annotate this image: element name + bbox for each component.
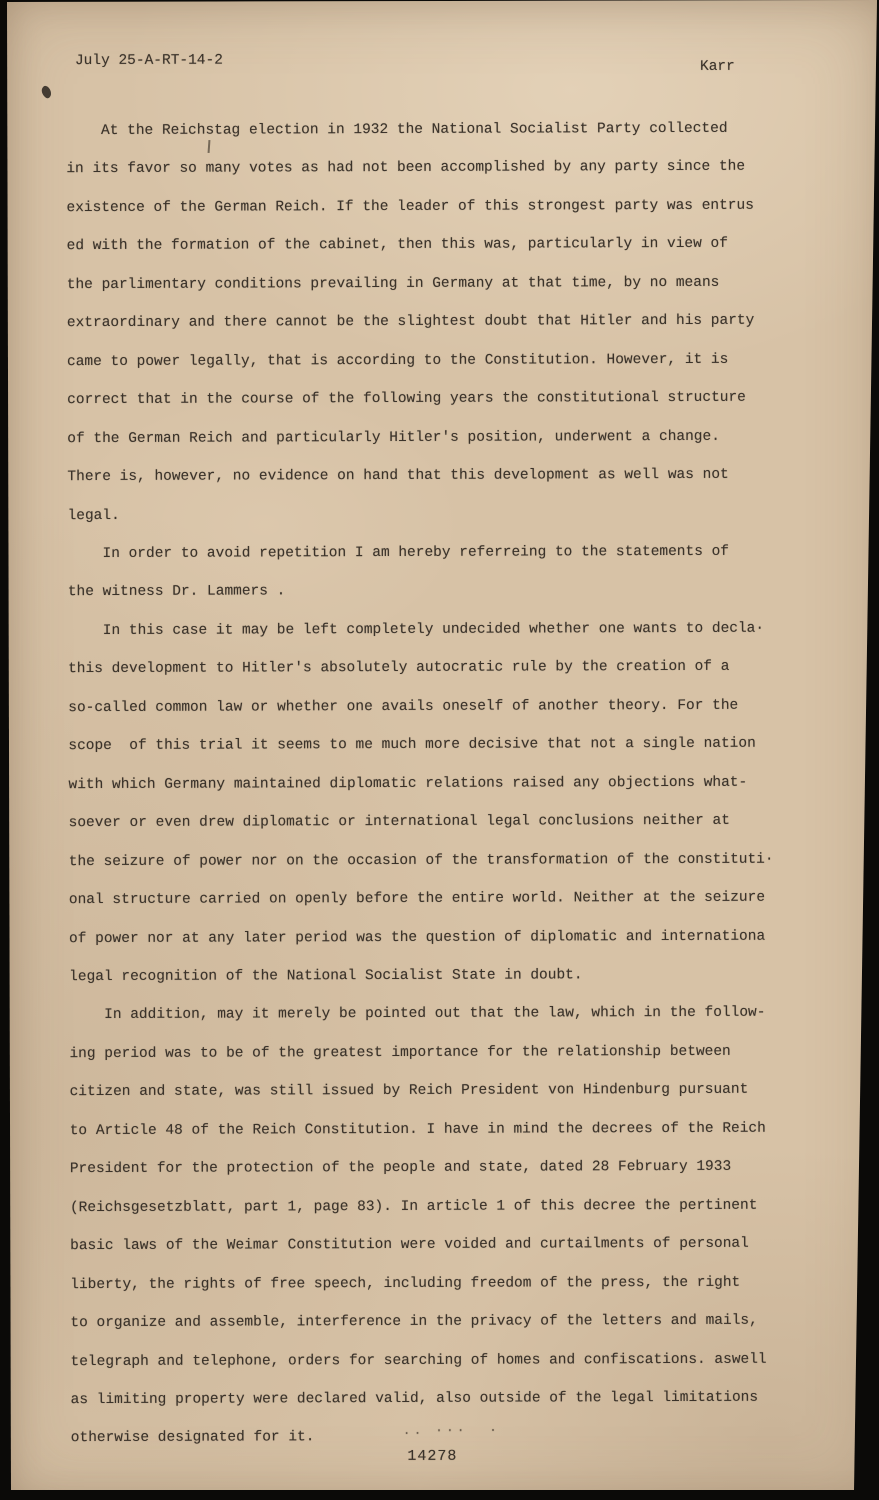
document-id: July 25-A-RT-14-2 [75,53,223,70]
typewritten-content: July 25-A-RT-14-2 Karr At the Reichstag … [0,0,879,1500]
page-number: 14278 [5,1446,860,1466]
document-line: the seizure of power nor on the occasion… [69,840,809,881]
document-line: scope of this trial it seems to me much … [68,725,808,766]
document-line: to organize and assemble, interference i… [70,1302,810,1343]
paragraph: In order to avoid repetition I am hereby… [68,533,808,612]
document-line: There is, however, no evidence on hand t… [67,456,807,497]
paragraph: At the Reichstag election in 1932 the Na… [66,110,807,536]
document-line: basic laws of the Weimar Constitution we… [70,1225,810,1266]
document-line: came to power legally, that is according… [67,340,807,381]
document-line: President for the protection of the peop… [70,1148,810,1189]
reporter-name: Karr [700,59,735,75]
document-line: legal. [67,494,807,535]
document-body: At the Reichstag election in 1932 the Na… [66,110,811,1458]
document-line: liberty, the rights of free speech, incl… [70,1263,810,1304]
document-line: existence of the German Reich. If the le… [66,186,806,227]
document-line: At the Reichstag election in 1932 the Na… [66,110,806,151]
document-line: soever or even drew diplomatic or intern… [69,802,809,843]
document-line: In this case it may be left completely u… [68,609,808,650]
document-line: legal recognition of the National Social… [69,955,809,996]
document-line: ing period was to be of the greatest imp… [69,1032,809,1073]
document-line: extraordinary and there cannot be the sl… [67,302,807,343]
document-line: In addition, may it merely be pointed ou… [69,994,809,1035]
document-line: the witness Dr. Lammers . [68,571,808,612]
document-line: as limiting property were declared valid… [71,1378,811,1419]
document-line: onal structure carried on openly before … [69,879,809,920]
document-line: to Article 48 of the Reich Constitution.… [70,1109,810,1150]
document-line: In order to avoid repetition I am hereby… [68,533,808,574]
paper: July 25-A-RT-14-2 Karr At the Reichstag … [0,0,879,1500]
document-line: (Reichsgesetzblatt, part 1, page 83). In… [70,1186,810,1227]
document-line: ed with the formation of the cabinet, th… [67,225,807,266]
scanned-page: July 25-A-RT-14-2 Karr At the Reichstag … [0,0,879,1500]
document-line: with which Germany maintained diplomatic… [68,763,808,804]
document-line: the parlimentary conditions prevailing i… [67,263,807,304]
document-line: telegraph and telephone, orders for sear… [70,1340,810,1381]
document-line: of the German Reich and particularly Hit… [67,417,807,458]
document-line: this development to Hitler's absolutely … [68,648,808,689]
paragraph: In addition, may it merely be pointed ou… [69,994,811,1458]
smudge-mark: .. ··· · [403,1423,500,1438]
document-line: so-called common law or whether one avai… [68,686,808,727]
document-line: in its favor so many votes as had not be… [66,148,806,189]
document-line: citizen and state, was still issued by R… [70,1071,810,1112]
document-line: of power nor at any later period was the… [69,917,809,958]
document-line: correct that in the course of the follow… [67,379,807,420]
paragraph: In this case it may be left completely u… [68,609,809,996]
